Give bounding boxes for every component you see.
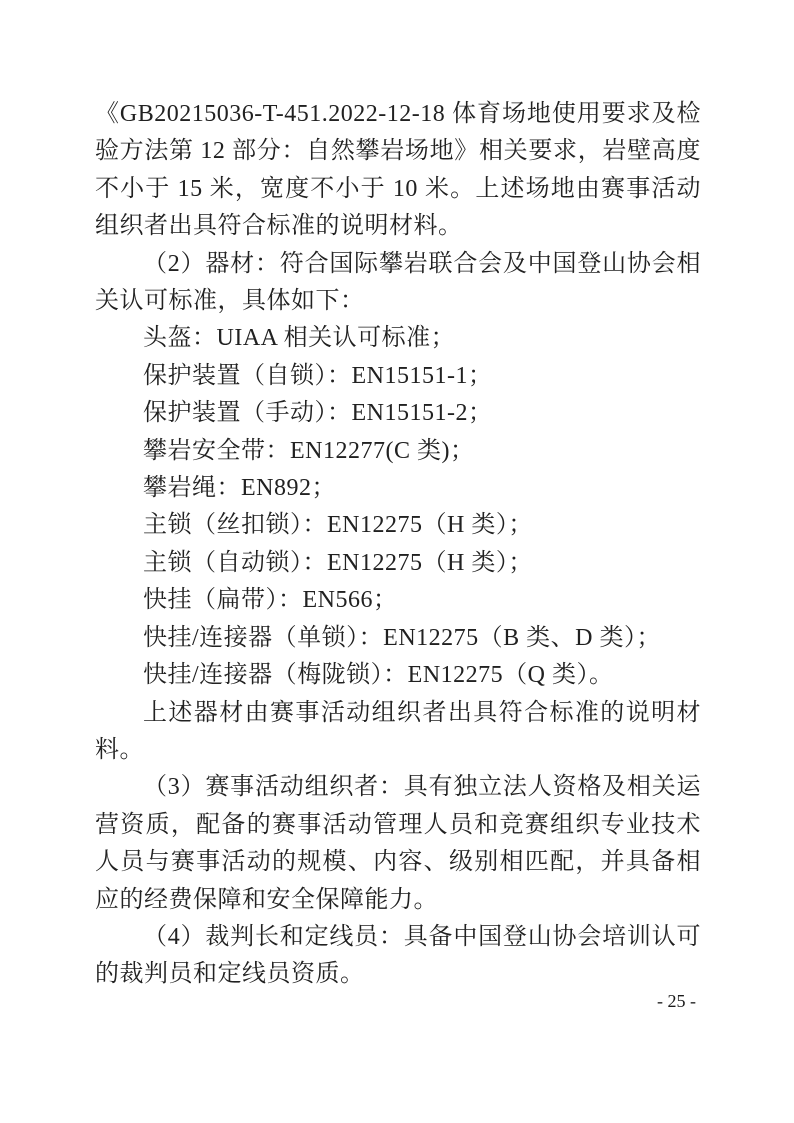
paragraph: （3）赛事活动组织者：具有独立法人资格及相关运营资质，配备的赛事活动管理人员和竞… xyxy=(95,769,701,919)
list-item-equipment: 主锁（自动锁）：EN12275（H 类）； xyxy=(95,545,701,582)
list-item-equipment: 快挂/连接器（梅陇锁）：EN12275（Q 类）。 xyxy=(95,657,701,694)
paragraph: （4）裁判长和定线员：具备中国登山协会培训认可的裁判员和定线员资质。 xyxy=(95,919,701,994)
page-number: - 25 - xyxy=(657,990,696,1012)
paragraph: （2）器材：符合国际攀岩联合会及中国登山协会相关认可标准，具体如下： xyxy=(95,246,701,321)
list-item-equipment: 主锁（丝扣锁）：EN12275（H 类）； xyxy=(95,507,701,544)
paragraph: 《GB20215036-T-451.2022-12-18 体育场地使用要求及检验… xyxy=(95,96,701,246)
list-item-equipment: 攀岩安全带：EN12277(C 类)； xyxy=(95,433,701,470)
paragraph: 上述器材由赛事活动组织者出具符合标准的说明材料。 xyxy=(95,695,701,770)
document-body: 《GB20215036-T-451.2022-12-18 体育场地使用要求及检验… xyxy=(95,96,701,994)
list-item-equipment: 快挂（扁带）：EN566； xyxy=(95,582,701,619)
list-item-equipment: 头盔：UIAA 相关认可标准； xyxy=(95,320,701,357)
list-item-equipment: 保护装置（自锁）：EN15151-1； xyxy=(95,358,701,395)
list-item-equipment: 快挂/连接器（单锁）：EN12275（B 类、D 类）； xyxy=(95,620,701,657)
document-page: 《GB20215036-T-451.2022-12-18 体育场地使用要求及检验… xyxy=(0,0,794,1123)
list-item-equipment: 攀岩绳：EN892； xyxy=(95,470,701,507)
list-item-equipment: 保护装置（手动）：EN15151-2； xyxy=(95,395,701,432)
